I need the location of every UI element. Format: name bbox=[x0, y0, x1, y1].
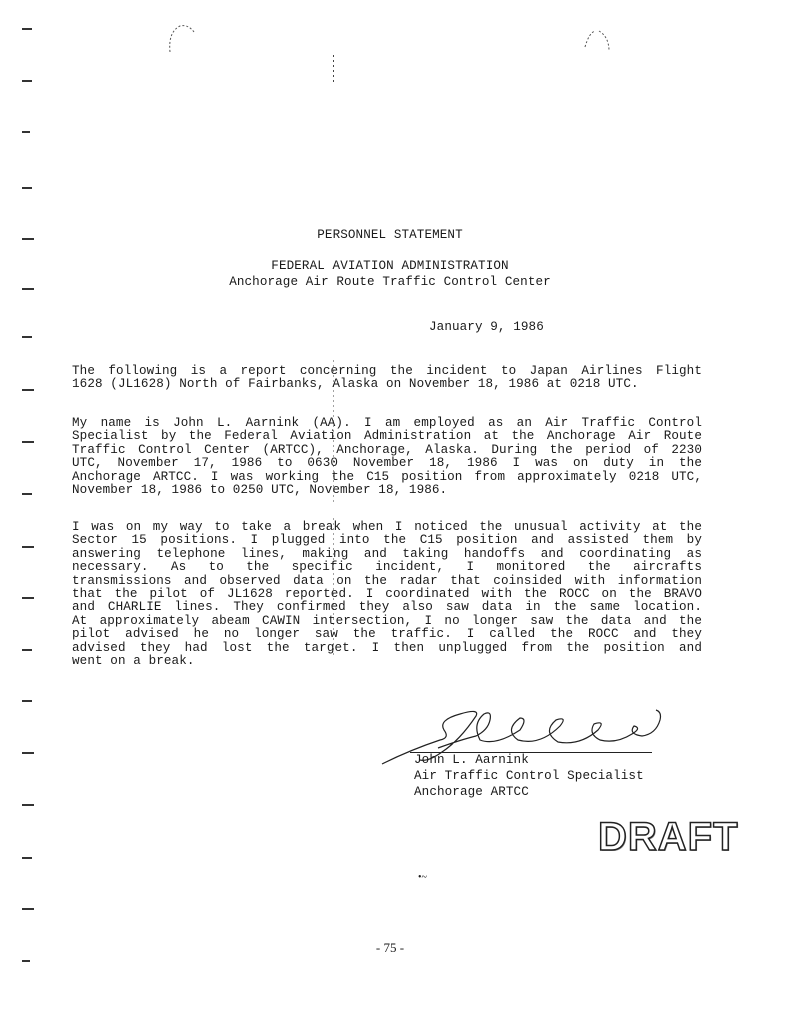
paragraph-3-line: transmissions and observed data on the r… bbox=[72, 574, 702, 588]
scan-mark bbox=[22, 546, 34, 548]
scan-mark bbox=[22, 597, 34, 599]
draft-stamp: DRAFT bbox=[598, 815, 739, 860]
signatory-title: Air Traffic Control Specialist bbox=[414, 769, 644, 783]
signatory-name: John L. Aarnink bbox=[414, 753, 529, 767]
signatory-office: Anchorage ARTCC bbox=[414, 785, 529, 799]
statement-date: January 9, 1986 bbox=[429, 320, 544, 334]
paragraph-3-line: I was on my way to take a break when I n… bbox=[72, 520, 702, 534]
document-page: PERSONNEL STATEMENT FEDERAL AVIATION ADM… bbox=[0, 0, 800, 1015]
scan-artifact: •~ bbox=[418, 872, 427, 883]
paragraph-3-line: Sector 15 positions. I plugged into the … bbox=[72, 533, 702, 547]
scan-mark bbox=[22, 389, 34, 391]
paragraph-1-line: 1628 (JL1628) North of Fairbanks, Alaska… bbox=[72, 377, 702, 391]
punch-hole-mark bbox=[575, 25, 625, 65]
scan-mark bbox=[22, 441, 34, 443]
scan-mark bbox=[22, 908, 34, 910]
scan-mark bbox=[22, 752, 34, 754]
paragraph-1-line: The following is a report concerning the… bbox=[72, 364, 702, 378]
scan-mark bbox=[22, 700, 32, 702]
agency-name: FEDERAL AVIATION ADMINISTRATION bbox=[0, 259, 780, 273]
paragraph-2-line: My name is John L. Aarnink (AA). I am em… bbox=[72, 416, 702, 430]
scan-mark bbox=[22, 336, 32, 338]
paragraph-3-line: went on a break. bbox=[72, 654, 702, 668]
paragraph-2-line: Traffic Control Center (ARTCC), Anchorag… bbox=[72, 443, 702, 457]
scan-mark bbox=[22, 80, 32, 82]
paragraph-3-line: At approximately abeam CAWIN intersectio… bbox=[72, 614, 702, 628]
paragraph-3-line: and CHARLIE lines. They confirmed they a… bbox=[72, 600, 702, 614]
facility-name: Anchorage Air Route Traffic Control Cent… bbox=[0, 275, 780, 289]
scan-artifact bbox=[333, 55, 334, 85]
scan-mark bbox=[22, 804, 34, 806]
paragraph-3-line: necessary. As to the specific incident, … bbox=[72, 560, 702, 574]
document-title: PERSONNEL STATEMENT bbox=[0, 228, 780, 242]
scan-mark bbox=[22, 649, 32, 651]
scan-mark bbox=[22, 131, 30, 133]
scan-mark bbox=[22, 960, 30, 962]
paragraph-3-line: pilot advised he no longer saw the traff… bbox=[72, 627, 702, 641]
paragraph-2-line: November 18, 1986 to 0250 UTC, November … bbox=[72, 483, 702, 497]
paragraph-3-line: answering telephone lines, making and ta… bbox=[72, 547, 702, 561]
scan-mark bbox=[22, 493, 32, 495]
scan-mark bbox=[22, 857, 32, 859]
paragraph-2-line: UTC, November 17, 1986 to 0630 November … bbox=[72, 456, 702, 470]
page-number: - 75 - bbox=[0, 940, 780, 956]
scan-mark bbox=[22, 187, 32, 189]
paragraph-2-line: Specialist by the Federal Aviation Admin… bbox=[72, 429, 702, 443]
paragraph-3-line: advised they had lost the target. I then… bbox=[72, 641, 702, 655]
paragraph-3-line: that the pilot of JL1628 reported. I coo… bbox=[72, 587, 702, 601]
punch-hole-mark bbox=[160, 20, 210, 60]
paragraph-2-line: Anchorage ARTCC. I was working the C15 p… bbox=[72, 470, 702, 484]
scan-mark bbox=[22, 28, 32, 30]
